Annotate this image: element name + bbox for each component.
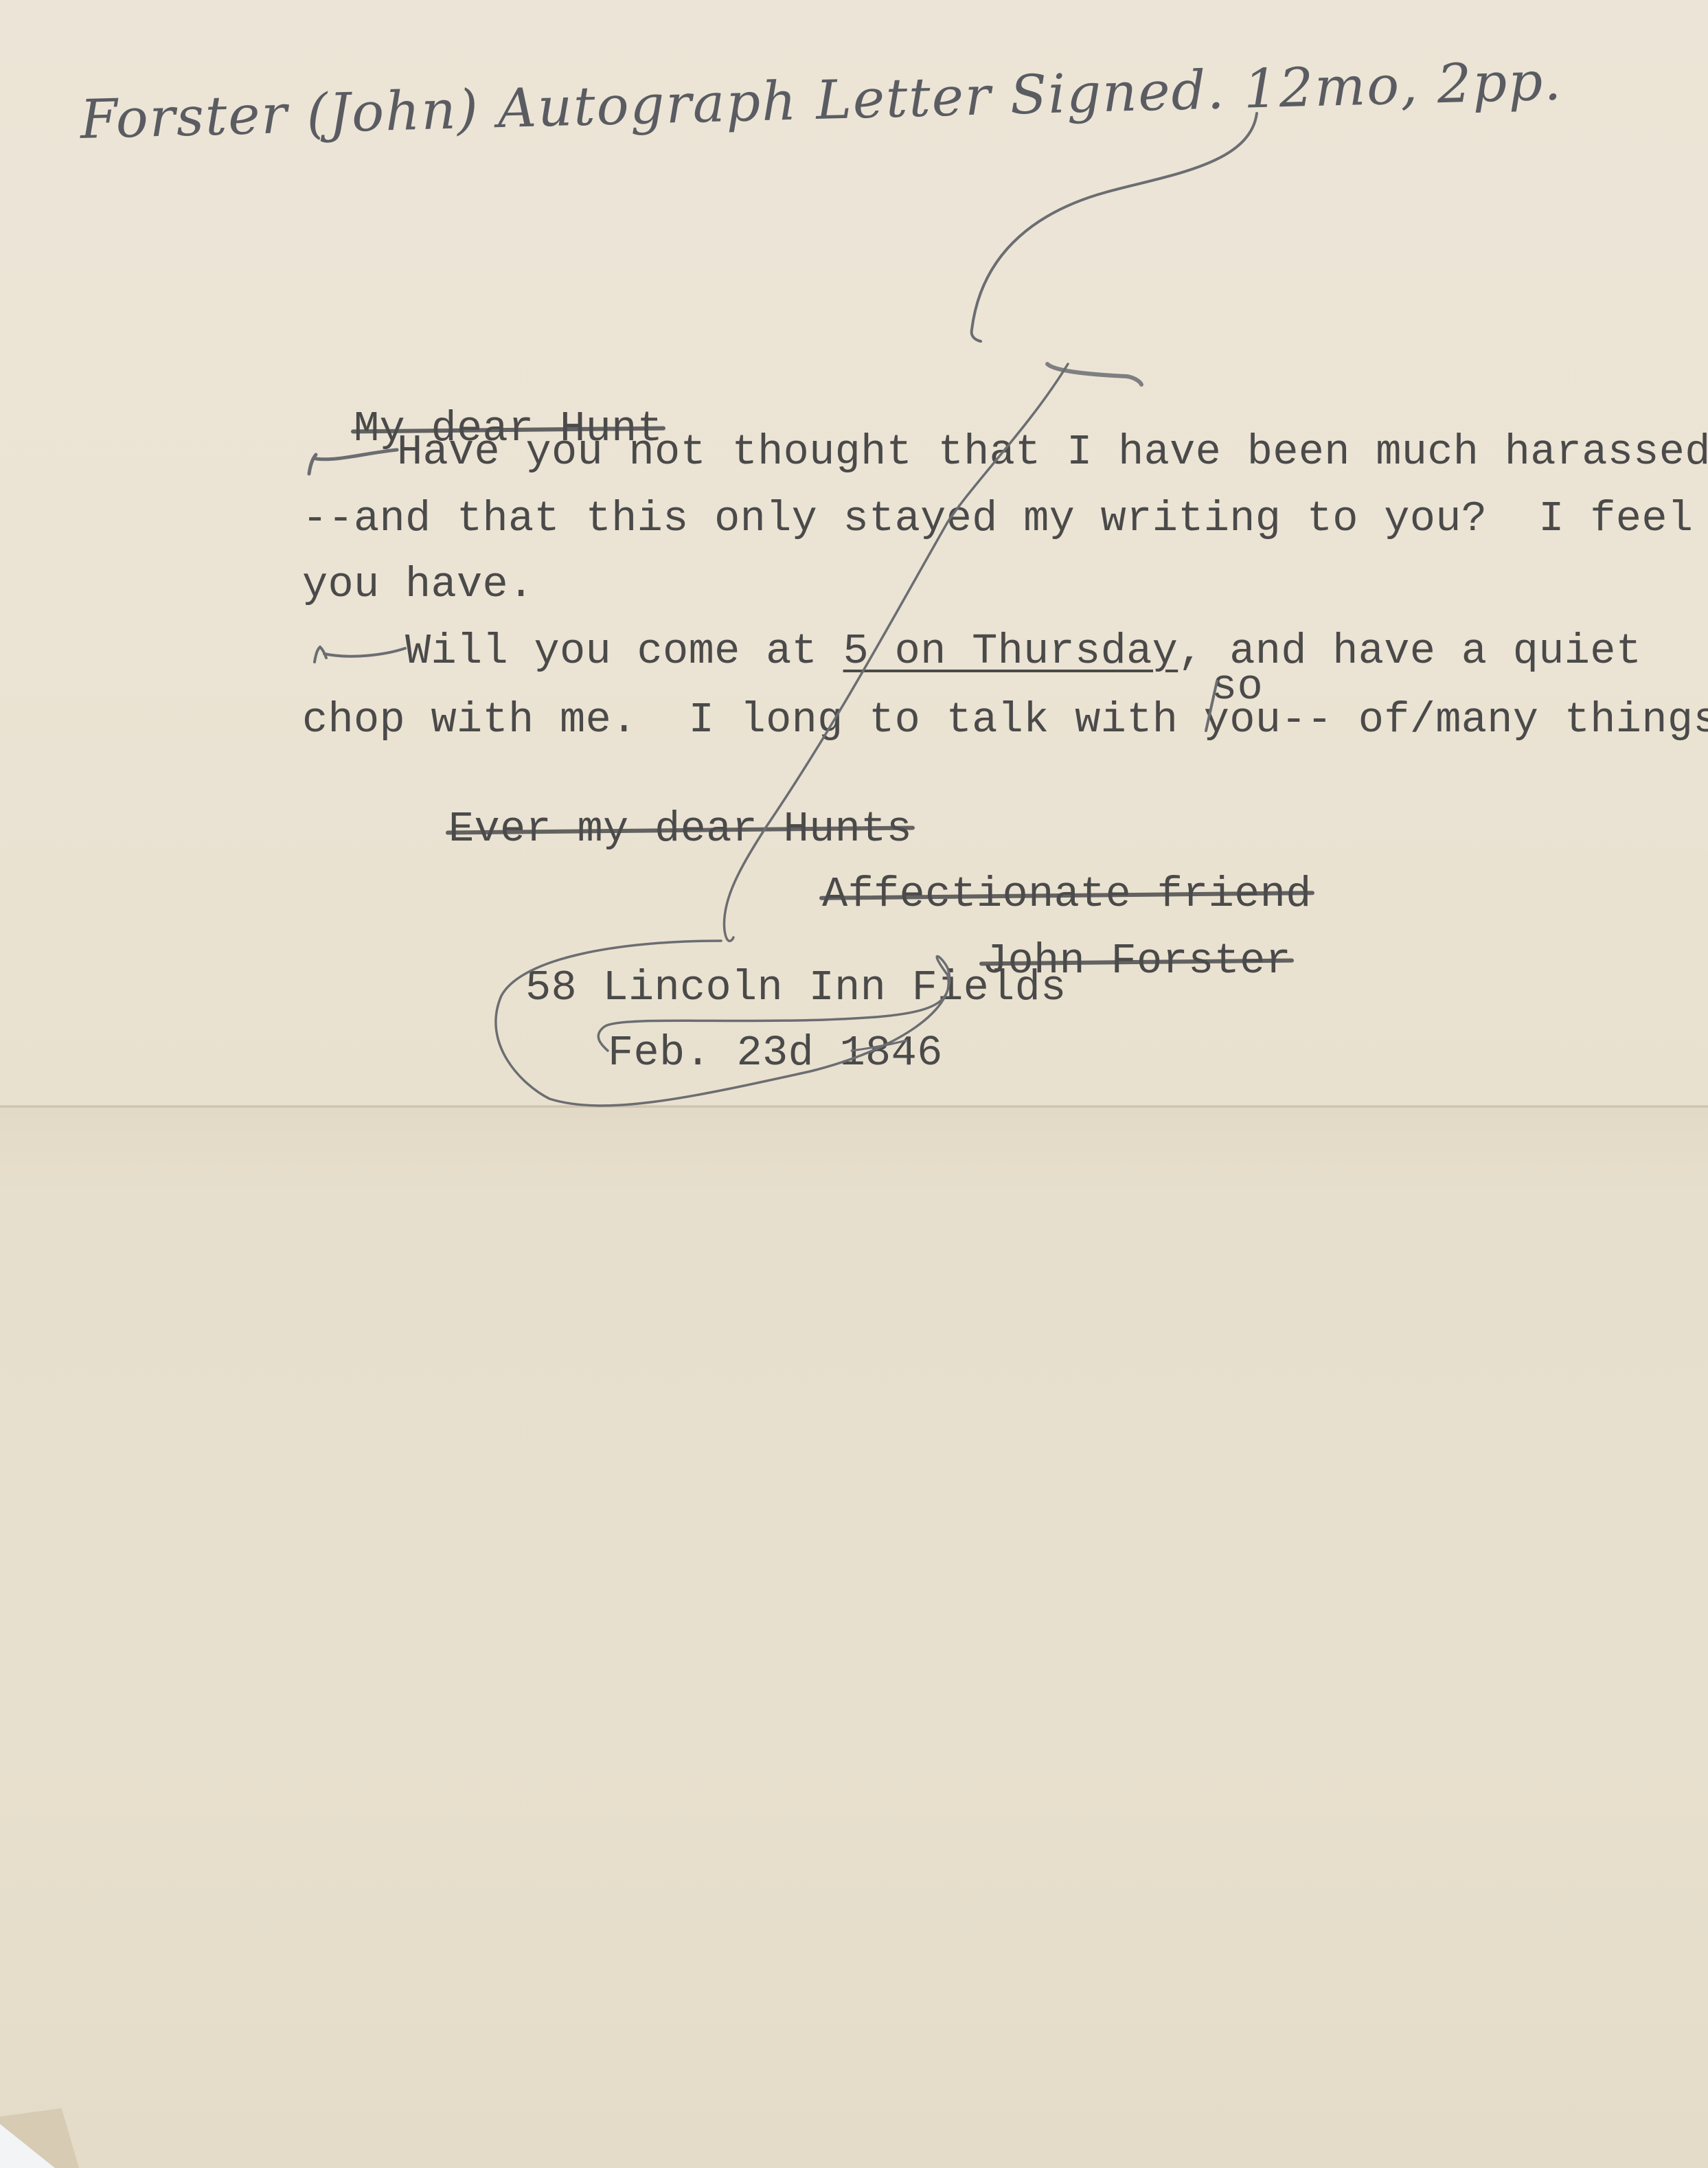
letter-line-5: chop with me. I long to talk with you-- … [302, 699, 1708, 742]
date-line: Feb. 23d 1846 [608, 1032, 943, 1075]
letter-line-2: --and that this only stayed my writing t… [302, 498, 1693, 540]
paper-lower-panel [0, 1107, 1708, 2168]
paper-fold-crease [0, 1104, 1708, 1108]
paper-upper-panel [0, 0, 1708, 1107]
letter-line-3: you have. [302, 564, 534, 606]
line-4-before: Will you come at [405, 627, 843, 676]
address-line: 58 Lincoln Inn Fields [525, 967, 1067, 1009]
underlined-time: 5 on Thursday [843, 627, 1178, 676]
letter-line-1: Have you not thought that I have been mu… [397, 431, 1708, 474]
letter-line-4: Will you come at 5 on Thursday, and have… [405, 630, 1641, 673]
